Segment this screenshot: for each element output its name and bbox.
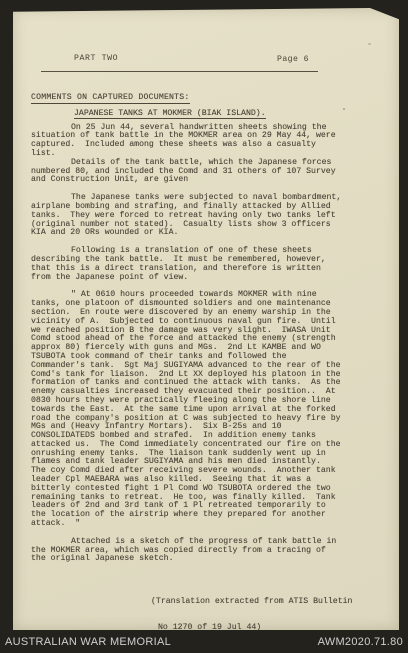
institution-label: AUSTRALIAN WAR MEMORIAL (5, 636, 171, 648)
catalogue-number: AWM2020.71.80 (318, 636, 403, 648)
paragraph-sketch-note: Attached is a sketch of the progress of … (31, 538, 345, 564)
catalogue-footer: AUSTRALIAN WAR MEMORIAL AWM2020.71.80 (0, 630, 408, 653)
page-header: PART TWO Page 6 (13, 54, 399, 64)
paper-speck (343, 108, 345, 110)
paragraph-tank-fate: The Japanese tanks were subjected to nav… (31, 194, 345, 238)
paragraph-translation-note: Following is a translation of one of the… (31, 247, 345, 282)
part-label: PART TWO (74, 54, 118, 63)
header-rule (41, 71, 318, 72)
section-heading: COMMENTS ON CAPTURED DOCUMENTS: (31, 94, 345, 103)
document-page: PART TWO Page 6 COMMENTS ON CAPTURED DOC… (13, 8, 399, 630)
paragraph-battle-details: Details of the tank battle, which the Ja… (31, 159, 345, 185)
paragraph-translated-quote: " At 0610 hours proceeded towards MOKMER… (31, 291, 345, 529)
paper-speck (368, 43, 371, 45)
paper-speck (301, 268, 303, 270)
attribution-line-1: (Translation extracted from ATIS Bulleti… (151, 598, 345, 607)
document-body: COMMENTS ON CAPTURED DOCUMENTS: JAPANESE… (13, 94, 365, 651)
document-title: JAPANESE TANKS AT MOKMER (BIAK ISLAND). (74, 110, 345, 119)
page-number: Page 6 (277, 55, 309, 64)
paragraph-capture-summary: On 25 Jun 44, several handwritten sheets… (31, 124, 345, 159)
